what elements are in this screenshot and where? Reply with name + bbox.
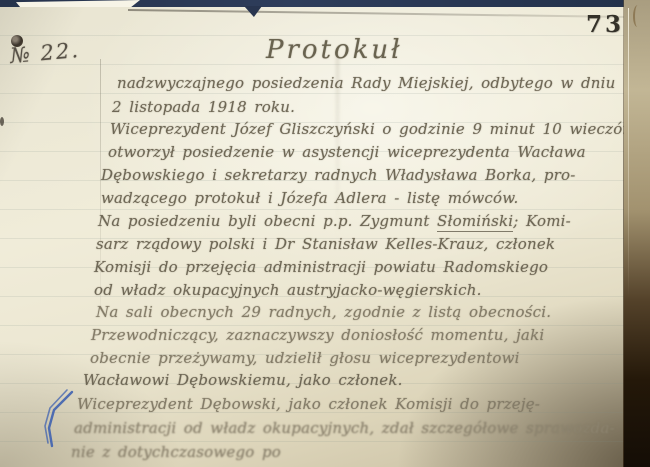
manuscript-line: administracji od władz okupacyjnych, zda…: [74, 419, 615, 437]
folio-number: 73: [586, 11, 624, 38]
manuscript-line: 2 listopada 1918 roku.: [112, 98, 295, 116]
manuscript-line: Wacławowi Dębowskiemu, jako członek.: [83, 371, 403, 389]
document-title: Protokuł: [266, 35, 403, 65]
manuscript-line: od władz okupacyjnych austryjacko-węgier…: [94, 281, 482, 299]
underlined-word: Słomiński: [437, 212, 513, 232]
manuscript-line: Dębowskiego i sekretarzy radnych Władysł…: [101, 166, 576, 184]
blue-margin-bracket-mark: [40, 388, 78, 452]
manuscript-line: Na posiedzeniu byli obecni p.p. Zygmunt …: [98, 212, 571, 230]
manuscript-line: Komisji do przejęcia administracji powia…: [94, 258, 548, 276]
page-edge-highlight: [628, 8, 630, 298]
manuscript-line: Na sali obecnych 29 radnych, zgodnie z l…: [96, 303, 551, 321]
page-corner-curl: [633, 5, 642, 27]
manuscript-line: Przewodniczący, zaznaczywszy doniosłość …: [91, 326, 544, 344]
manuscript-line: Wiceprezydent Józef Gliszczyński o godzi…: [110, 120, 630, 138]
manuscript-line: nadzwyczajnego posiedzenia Rady Miejskie…: [117, 74, 616, 92]
manuscript-line: sarz rządowy polski i Dr Stanisław Kelle…: [96, 235, 555, 253]
manuscript-line: obecnie przeżywamy, udzielił głosu wicep…: [90, 349, 520, 367]
archival-photo: № 22. 73 Protokuł nadzwyczajnego posiedz…: [0, 0, 650, 467]
ink-speck: [0, 117, 4, 126]
manuscript-page: № 22. 73 Protokuł nadzwyczajnego posiedz…: [0, 7, 642, 467]
manuscript-line: wadzącego protokuł i Józefa Adlera - lis…: [101, 189, 518, 207]
manuscript-line: nie z dotychczasowego po: [71, 443, 281, 461]
manuscript-line: otworzył posiedzenie w asystencji wicepr…: [108, 143, 586, 161]
manuscript-line: Wiceprezydent Dębowski, jako członek Kom…: [77, 395, 540, 413]
